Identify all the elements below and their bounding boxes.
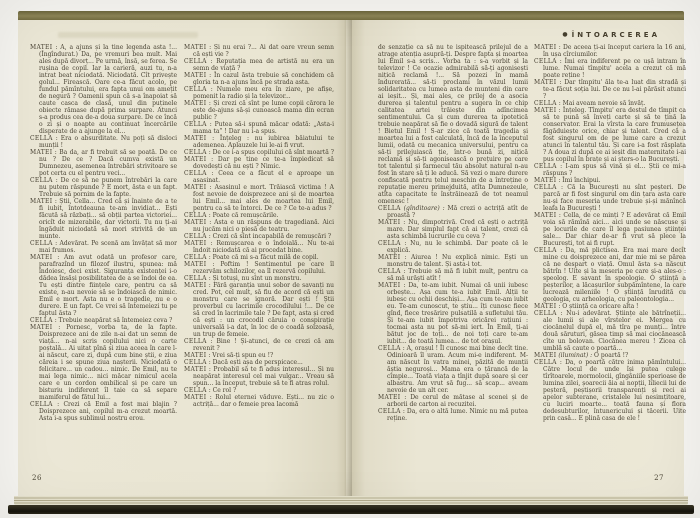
dialogue-entry: CELLA : Îmi era indiferent pe ce ușă int…	[534, 58, 686, 79]
speaker-name: CELLA	[184, 359, 207, 366]
stage-direction: (gînditoare) :	[401, 205, 445, 212]
dialogue-entry: CELLA : Da, o poartă către inima pămîntu…	[534, 359, 686, 422]
speaker-name: MATEI	[534, 352, 556, 359]
dialogue-entry: CELLA : Nu-i adevărat. Științe ale bătrî…	[534, 310, 686, 352]
dialogue-entry: CELLA : Crezi că sînt incapabilă de remu…	[184, 233, 334, 240]
speaker-name: CELLA	[184, 338, 207, 345]
speaker-name: MATEI	[30, 324, 52, 331]
speaker-name: MATEI	[184, 156, 206, 163]
dialogue-entry: CELLA : Nu, nu le schimbă. Dar poate că …	[378, 240, 528, 254]
speaker-name: CELLA	[378, 408, 401, 415]
speaker-name: CELLA	[184, 170, 207, 177]
dialogue-entry: CELLA : Că la București nu sînt peșteri.…	[534, 184, 686, 212]
dialogue-entry: CELLA : A, orașul ! Îl cunosc mai bine d…	[378, 345, 528, 394]
speaker-name: CELLA	[184, 121, 207, 128]
dialogue-entry: MATEI : Și nu erai ?... Ai dat oare vreu…	[184, 44, 334, 58]
dialogue-entry: MATEI : Pornesc, vorba ta, de la fapte. …	[30, 324, 177, 401]
speaker-name: MATEI	[30, 198, 52, 205]
dialogue-entry: CELLA : Adevărat. Pe scenă am învățat să…	[30, 240, 177, 254]
speaker-name: CELLA	[184, 233, 207, 240]
dialogue-entry: MATEI : Dar tîmpitu' ăla te-a luat din s…	[534, 79, 686, 100]
dialogue-entry: MATEI : Știi, Cella... Cred că și înaint…	[30, 198, 177, 240]
speaker-name: MATEI	[184, 44, 206, 51]
speaker-name: MATEI	[184, 219, 206, 226]
dialogue-entry: CELLA : De ce să ne punem întrebări la c…	[30, 177, 177, 198]
dialogue-entry: MATEI : Vrei să-ți spun eu !?	[184, 352, 334, 359]
speaker-name: MATEI	[378, 394, 400, 401]
speaker-name: CELLA	[184, 275, 207, 282]
dialogue-entry: MATEI : Probabil să te fi adus interesul…	[184, 366, 334, 387]
dialogue-entry: MATEI : Îmi închipui.	[534, 177, 686, 184]
ghost-showthrough-header	[58, 32, 198, 38]
dialogue-entry: CELLA : Trebuie neapărat să întemeiez ce…	[30, 317, 177, 324]
speaker-name: CELLA	[378, 345, 401, 352]
book-top-edge	[18, 11, 684, 20]
dialogue-entry: CELLA : Trebuie să mă fi iubit mult, pen…	[378, 268, 528, 282]
speaker-name: CELLA	[378, 205, 401, 212]
dialogue-entry: MATEI : Înțeleg : nu iubirea băiatului t…	[184, 135, 334, 149]
dialogue-entry: MATEI (iluminat) : O poartă !?	[534, 352, 686, 359]
dialogue-entry: MATEI : De cerul de mătase al scenei și …	[378, 394, 528, 408]
speaker-name: MATEI	[534, 107, 556, 114]
speaker-name: MATEI	[30, 44, 52, 51]
dialogue-entry: CELLA : Crezi că Emil a fost mai blajin …	[30, 401, 177, 422]
speaker-name: CELLA	[30, 240, 53, 247]
dialogue-entry: MATEI : A, a ajuns și la tine legenda as…	[30, 44, 177, 135]
open-book-pages: MATEI : A, a ajuns și la tine legenda as…	[18, 20, 684, 496]
dialogue-entry: CELLA : Da, mă plictisea. Era mai mare d…	[534, 247, 686, 303]
page-number-left: 26	[32, 474, 42, 482]
speaker-name: CELLA	[184, 212, 207, 219]
stage-direction: (iluminat) :	[556, 352, 592, 359]
dialogue-entry: MATEI : Asasinul e mort. Trăiască victim…	[184, 184, 334, 212]
dialogue-entry: CELLA : Reputația mea de artistă nu era …	[184, 58, 334, 72]
speaker-name: MATEI	[184, 261, 206, 268]
speaker-name: CELLA	[184, 149, 207, 156]
speaker-name: MATEI	[184, 100, 206, 107]
speaker-name: CELLA	[534, 247, 557, 254]
section-bullet-icon: ●	[562, 31, 567, 38]
speaker-name: CELLA	[184, 58, 207, 65]
dialogue-entry: MATEI : O știință ca oricare alta !	[534, 303, 686, 310]
dialogue-entry: MATEI : Aiurea ! Nu explică nimic. Ești …	[378, 254, 528, 268]
page-left: MATEI : A, a ajuns și la tine legenda as…	[18, 20, 346, 496]
dialogue-entry: CELLA : Ceea ce a făcut el e aproape un …	[184, 170, 334, 184]
speaker-name: MATEI	[184, 240, 206, 247]
speaker-name: MATEI	[378, 282, 400, 289]
speaker-name: CELLA	[184, 86, 207, 93]
speaker-name: CELLA	[30, 177, 53, 184]
speaker-name: CELLA	[534, 100, 557, 107]
speaker-name: CELLA	[30, 317, 53, 324]
dialogue-continuation: de senzație ca să nu te ispitească prile…	[378, 44, 528, 205]
speaker-name: MATEI	[184, 184, 206, 191]
dialogue-entry: CELLA : Poate că remușcările.	[184, 212, 334, 219]
right-page-column-1: de senzație ca să nu te ispitească prile…	[378, 44, 528, 460]
speaker-name: CELLA	[534, 184, 557, 191]
dialogue-entry: MATEI : Am avut odată un profesor care, …	[30, 254, 177, 317]
dialogue-entry: MATEI : În cazul ăsta trebuie să conchid…	[184, 72, 334, 86]
running-header: ●ÎNTOARCEREA	[562, 31, 660, 39]
speaker-name: MATEI	[534, 79, 556, 86]
dialogue-entry: MATEI : Asta e un răspuns de tragediană.…	[184, 219, 334, 233]
dialogue-entry: CELLA : Dacă ești așa de perspicace...	[184, 359, 334, 366]
chapter-title: ÎNTOARCEREA	[572, 31, 660, 39]
speaker-name: CELLA	[534, 58, 557, 65]
dialogue-entry: MATEI : Da, te-am iubit. Numai că unii i…	[378, 282, 528, 345]
dialogue-entry: MATEI : Nu, dimpotrivă. Cred că ești o a…	[378, 219, 528, 240]
page-number-right: 27	[654, 474, 664, 482]
speaker-name: MATEI	[534, 212, 556, 219]
dialogue-entry: CELLA : Era o absurditate. Nu poți să di…	[30, 135, 177, 149]
dialogue-entry: CELLA : Da, era o altă lume. Nimic nu mă…	[378, 408, 528, 422]
speaker-name: CELLA	[378, 268, 401, 275]
speaker-name: MATEI	[378, 219, 400, 226]
dialogue-entry: CELLA : Mai aveam nevoie să învăț.	[534, 100, 686, 107]
speaker-name: CELLA	[184, 387, 207, 394]
speaker-name: MATEI	[534, 177, 556, 184]
speaker-name: CELLA	[184, 254, 207, 261]
speaker-name: MATEI	[184, 352, 206, 359]
speaker-name: MATEI	[378, 254, 400, 261]
speaker-name: CELLA	[30, 401, 53, 408]
speaker-name: MATEI	[534, 303, 556, 310]
dialogue-entry: CELLA : Poate că mi s-a făcut milă de co…	[184, 254, 334, 261]
dialogue-entry: MATEI : Fără garanția unui sobor de sava…	[184, 282, 334, 338]
dialogue-entry: CELLA : I-am spus să vină și el... Știi …	[534, 163, 686, 177]
speaker-name: MATEI	[30, 254, 52, 261]
speaker-name: CELLA	[534, 359, 557, 366]
left-page-column-1: MATEI : A, a ajuns și la tine legenda as…	[30, 44, 177, 460]
dialogue-entry: MATEI : Cella, de ce minți ? E adevărat …	[534, 212, 686, 247]
dialogue-entry: CELLA : Ce rol ?	[184, 387, 334, 394]
dialogue-entry: MATEI : Rolul eternei văduve. Ești... nu…	[184, 394, 334, 408]
dialogue-entry: CELLA (gînditoare) : Mă crezi o actriță …	[378, 205, 528, 219]
dialogue-entry: MATEI : Și crezi că sînt pe lume copii c…	[184, 100, 334, 121]
speaker-name: MATEI	[184, 366, 206, 373]
speaker-name: MATEI	[30, 149, 52, 156]
dialogue-entry: CELLA : Bine ! Și-atunci, de ce crezi că…	[184, 338, 334, 352]
speaker-name: MATEI	[184, 394, 206, 401]
speaker-name: CELLA	[378, 240, 401, 247]
book-cover-bottom-edge	[8, 505, 694, 514]
speaker-name: CELLA	[30, 135, 53, 142]
speaker-name: MATEI	[534, 44, 556, 51]
dialogue-entry: MATEI : Ba da, ar fi trebuit să se poată…	[30, 149, 177, 177]
dialogue-entry: CELLA : Numele meu era în ziare, pe afiș…	[184, 86, 334, 100]
book-spread-photo: MATEI : A, a ajuns și la tine legenda as…	[0, 0, 700, 518]
left-page-column-2: MATEI : Și nu erai ?... Ai dat oare vreu…	[184, 44, 334, 460]
dialogue-entry: MATEI : Remușcarea e o îndoială... Nu te…	[184, 240, 334, 254]
dialogue-entry: MATEI : Înțeleg. Tîmpitu' era destul de …	[534, 107, 686, 163]
dialogue-entry: MATEI : Poftim ! Sentimentul pe care îl …	[184, 261, 334, 275]
right-page-column-2: MATEI : De aceea ți-ai început cariera l…	[534, 44, 686, 460]
speaker-name: CELLA	[534, 163, 557, 170]
dialogue-entry: MATEI : Dar pe tine ce te-a împiedicat s…	[184, 156, 334, 170]
dialogue-entry: CELLA : Și totuși, nu sînt un monstru.	[184, 275, 334, 282]
speaker-name: MATEI	[184, 72, 206, 79]
speaker-name: CELLA	[534, 310, 557, 317]
speaker-name: MATEI	[184, 135, 206, 142]
dialogue-entry: CELLA : De ce i-a spus copilului că sînt…	[184, 149, 334, 156]
page-right: ●ÎNTOARCEREA de senzație ca să nu te isp…	[352, 20, 684, 496]
speaker-name: MATEI	[184, 282, 206, 289]
dialogue-entry: CELLA : Putea să-i spună măcar odată: „A…	[184, 121, 334, 135]
dialogue-entry: MATEI : De aceea ți-ai început cariera l…	[534, 44, 686, 58]
